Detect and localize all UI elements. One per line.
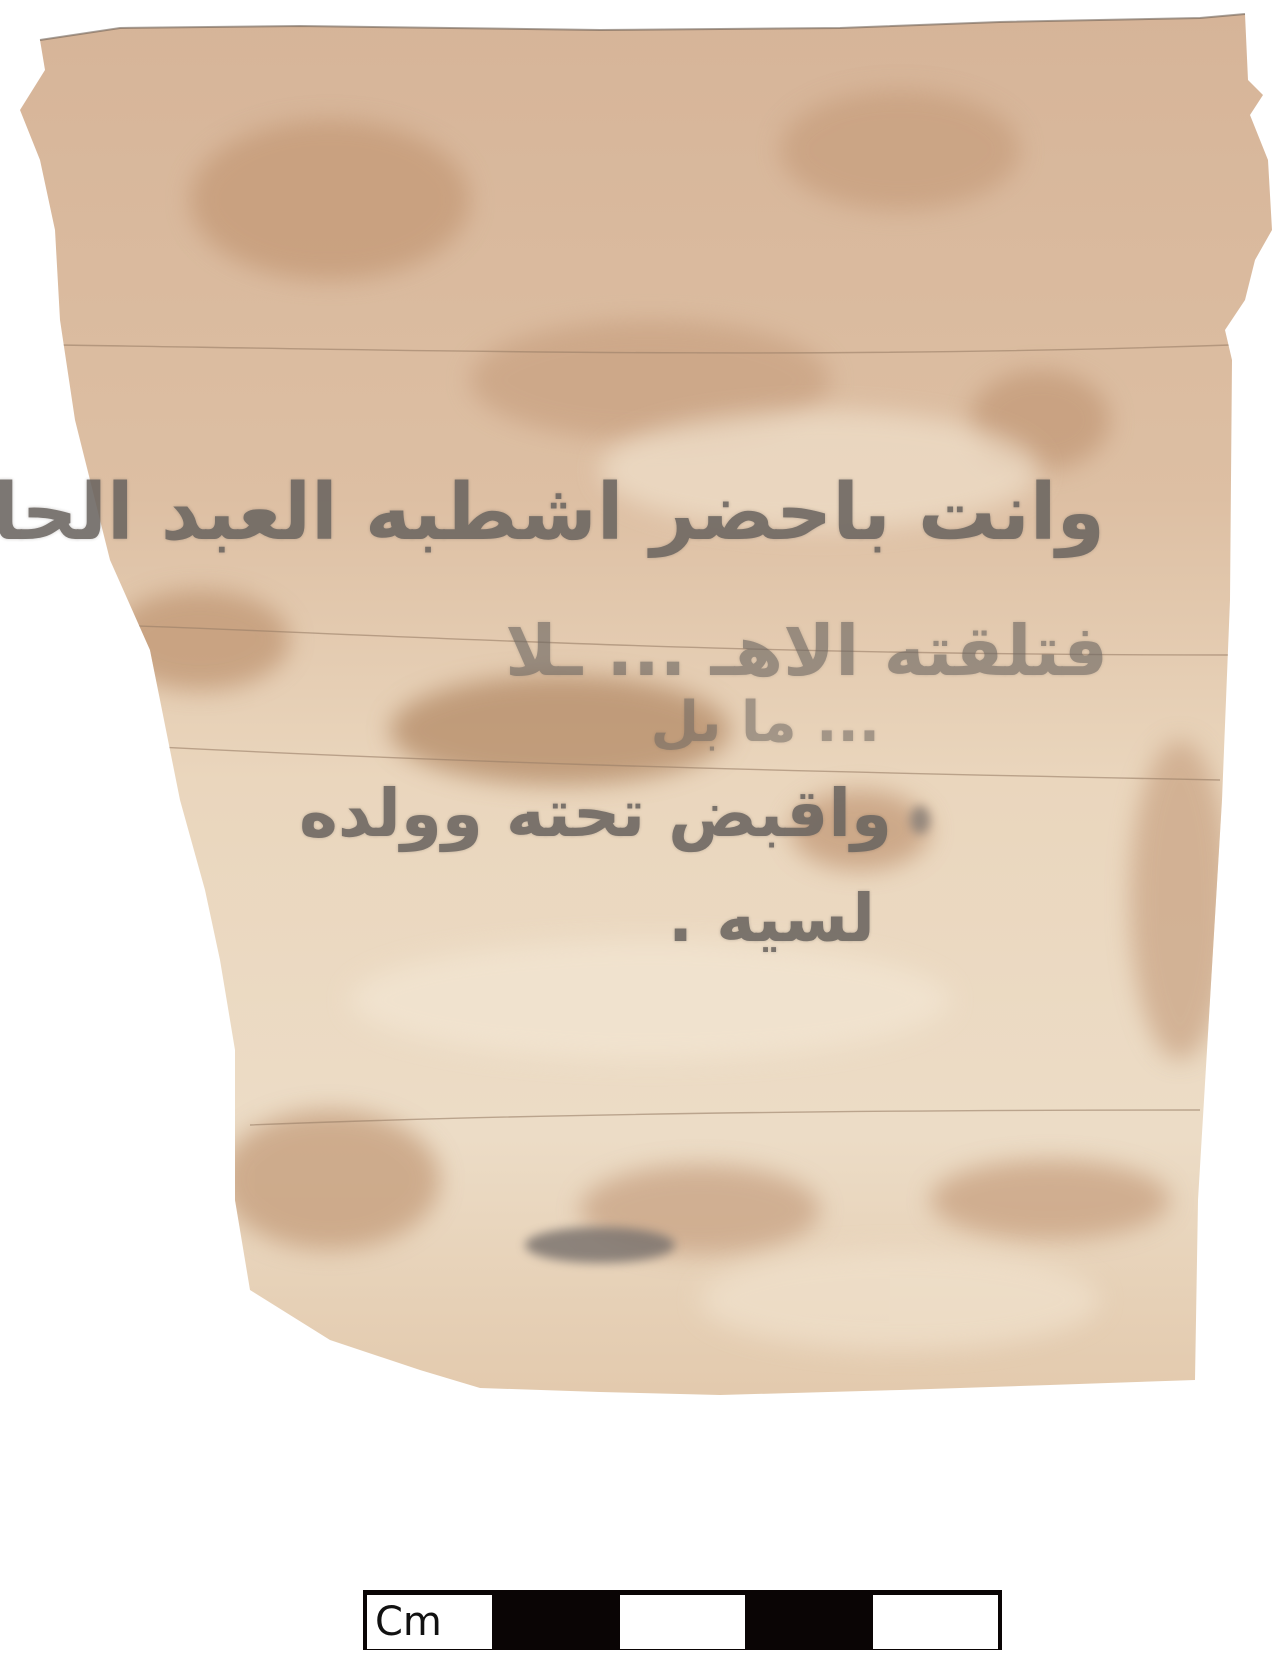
manuscript-line-1: وانت باحضر اشطبه العبد الحاير bbox=[0, 468, 1105, 558]
scale-cell-1: Cm bbox=[367, 1595, 492, 1649]
scale-cell-5 bbox=[873, 1595, 998, 1649]
paper-sheet bbox=[0, 0, 1280, 1420]
manuscript-line-2: فتلقته الاهـ ... ـلا bbox=[505, 610, 1108, 692]
scale-label: Cm bbox=[375, 1599, 442, 1645]
manuscript-line-3: ... ما بل bbox=[650, 690, 880, 755]
manuscript-fragment: وانت باحضر اشطبه العبد الحاير فتلقته الا… bbox=[0, 0, 1280, 1420]
scale-cell-3 bbox=[620, 1595, 745, 1649]
manuscript-line-5: لسيه . bbox=[668, 880, 875, 957]
scale-cell-2 bbox=[493, 1593, 618, 1647]
manuscript-line-4: واقبض تحته وولده bbox=[299, 775, 892, 852]
scale-cell-4 bbox=[746, 1593, 871, 1647]
scale-bar: Cm bbox=[363, 1590, 1002, 1650]
